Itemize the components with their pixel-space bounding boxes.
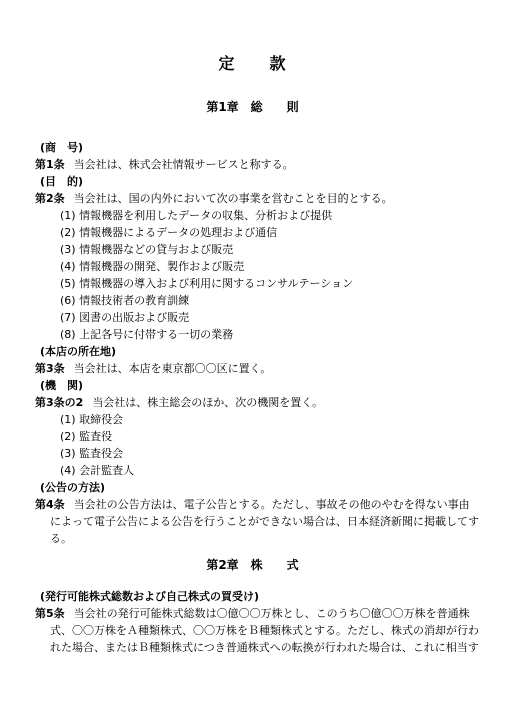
article-1: 第1条当会社は、株式会社情報サービスと称する。 <box>35 156 475 173</box>
articles-of-incorporation-page: 定 款 第1章 総 則 (商 号) 第1条当会社は、株式会社情報サービスと称する… <box>0 0 505 710</box>
article-4-line-3: る。 <box>50 530 475 547</box>
section-heading-trade-name: (商 号) <box>40 139 475 156</box>
article-2-item-2: (2) 情報機器によるデータの処理および通信 <box>60 224 475 241</box>
chapter-1-heading: 第1章 総 則 <box>0 101 505 114</box>
article-5-text-line-1: 当会社の発行可能株式総数は〇億〇〇万株とし、このうち〇億〇〇万株を普通株 <box>74 607 470 620</box>
article-2-item-6: (6) 情報技術者の教育訓練 <box>60 292 475 309</box>
article-2-item-7: (7) 図書の出版および販売 <box>60 309 475 326</box>
article-2-item-4: (4) 情報機器の開発、製作および販売 <box>60 258 475 275</box>
article-4-text-line-1: 当会社の公告方法は、電子公告とする。ただし、事故その他のやむを得ない事由 <box>74 498 470 511</box>
section-heading-public-notice: (公告の方法) <box>40 479 475 496</box>
article-1-number: 第1条 <box>35 158 65 171</box>
article-3-2-text: 当会社は、株主総会のほか、次の機関を置く。 <box>92 396 323 409</box>
article-3-text: 当会社は、本店を東京都〇〇区に置く。 <box>74 362 272 375</box>
section-heading-authorized-shares: (発行可能株式総数および自己株式の買受け) <box>40 588 475 605</box>
article-3-2-item-4: (4) 会計監査人 <box>60 462 475 479</box>
article-3-2-item-3: (3) 監査役会 <box>60 445 475 462</box>
article-2-item-5: (5) 情報機器の導入および利用に関するコンサルテーション <box>60 275 475 292</box>
chapter-2-heading: 第2章 株 式 <box>0 559 505 572</box>
article-3-2-number: 第3条の2 <box>35 396 83 409</box>
document-title: 定 款 <box>0 0 505 72</box>
article-1-text: 当会社は、株式会社情報サービスと称する。 <box>74 158 294 171</box>
article-2-item-3: (3) 情報機器などの貸与および販売 <box>60 241 475 258</box>
article-4-line-1: 第4条当会社の公告方法は、電子公告とする。ただし、事故その他のやむを得ない事由 <box>35 496 475 513</box>
article-3-2: 第3条の2当会社は、株主総会のほか、次の機関を置く。 <box>35 394 475 411</box>
article-5-line-2: 式、〇〇万株をＡ種類株式、〇〇万株をＢ種類株式とする。ただし、株式の消却が行わ <box>50 622 475 639</box>
article-5-number: 第5条 <box>35 607 65 620</box>
article-5-line-3: れた場合、またはＢ種類株式につき普通株式への転換が行われた場合は、これに相当す <box>50 639 475 656</box>
section-heading-purpose: (目 的) <box>40 173 475 190</box>
article-4-line-2: によって電子公告による公告を行うことができない場合は、日本経済新聞に掲載してす <box>50 513 475 530</box>
article-2-item-8: (8) 上記各号に付帯する一切の業務 <box>60 326 475 343</box>
article-2-item-1: (1) 情報機器を利用したデータの収集、分析および提供 <box>60 207 475 224</box>
article-3-2-item-2: (2) 監査役 <box>60 428 475 445</box>
article-5-line-1: 第5条当会社の発行可能株式総数は〇億〇〇万株とし、このうち〇億〇〇万株を普通株 <box>35 605 475 622</box>
article-3-number: 第3条 <box>35 362 65 375</box>
article-3: 第3条当会社は、本店を東京都〇〇区に置く。 <box>35 360 475 377</box>
article-3-2-item-1: (1) 取締役会 <box>60 411 475 428</box>
section-heading-organs: (機 関) <box>40 377 475 394</box>
article-4-number: 第4条 <box>35 498 65 511</box>
article-2-number: 第2条 <box>35 192 65 205</box>
chapter-1-body: (商 号) 第1条当会社は、株式会社情報サービスと称する。 (目 的) 第2条当… <box>35 139 475 547</box>
article-2: 第2条当会社は、国の内外において次の事業を営むことを目的とする。 <box>35 190 475 207</box>
chapter-2-body: (発行可能株式総数および自己株式の買受け) 第5条当会社の発行可能株式総数は〇億… <box>35 588 475 656</box>
article-2-text: 当会社は、国の内外において次の事業を営むことを目的とする。 <box>74 192 393 205</box>
section-heading-head-office: (本店の所在地) <box>40 343 475 360</box>
